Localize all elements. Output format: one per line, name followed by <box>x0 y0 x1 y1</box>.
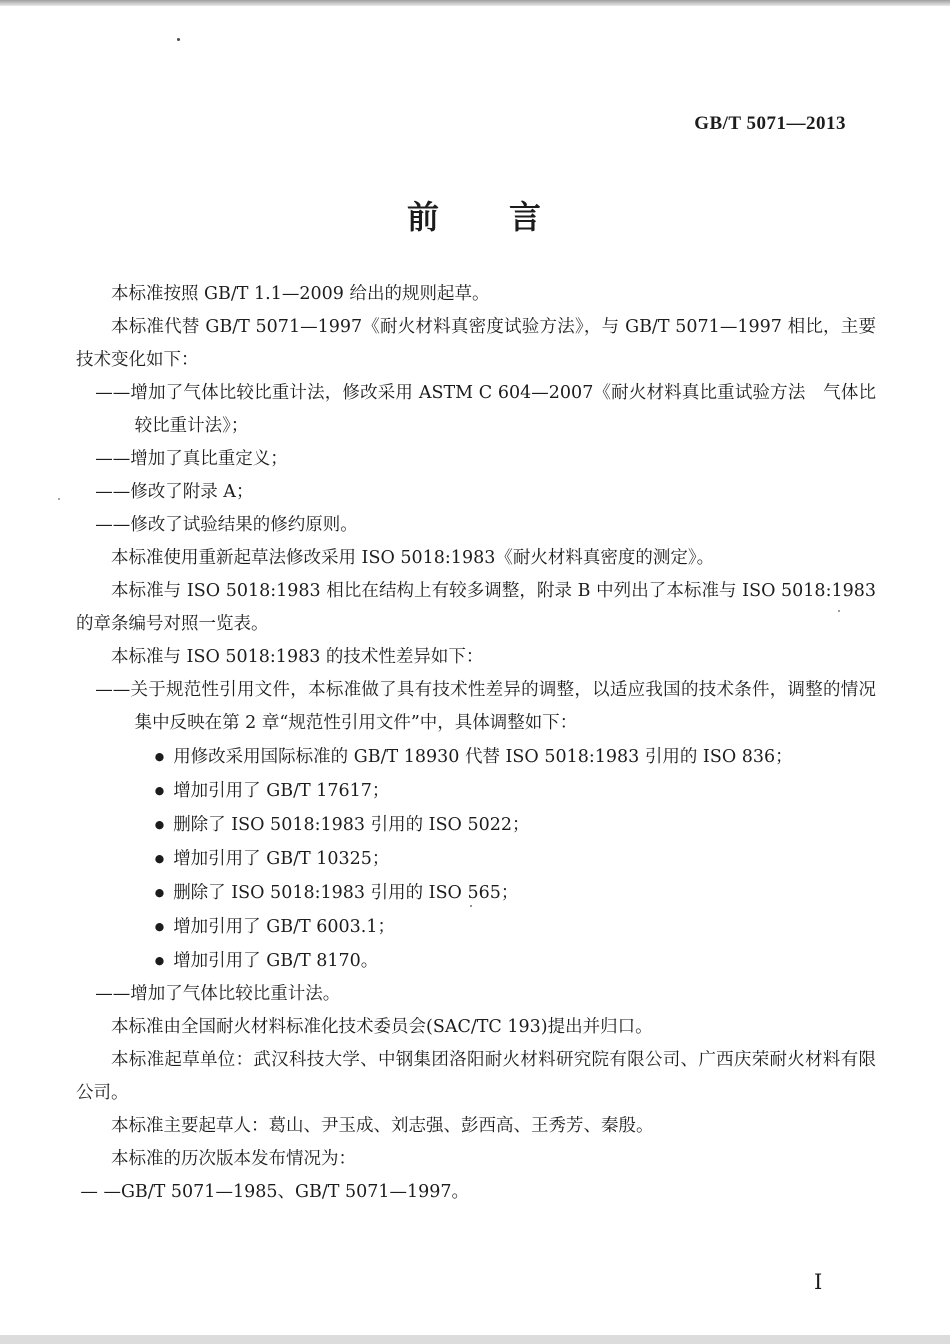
bullet-text: 用修改采用国际标准的 GB/T 18930 代替 ISO 5018:1983 引… <box>173 747 792 767</box>
paragraph: 本标准起草单位：武汉科技大学、中钢集团洛阳耐火材料研究院有限公司、广西庆荣耐火材… <box>76 1044 876 1110</box>
dash-item: ——修改了附录 A； <box>76 476 876 509</box>
bullet-item: ●删除了 ISO 5018:1983 引用的 ISO 5022； <box>76 808 876 842</box>
page-title: 前 言 <box>0 192 950 238</box>
bullet-icon: ● <box>155 876 173 909</box>
scan-edge-bottom <box>0 1335 950 1344</box>
bullet-item: ●增加引用了 GB/T 6003.1； <box>76 910 876 944</box>
bullet-icon: ● <box>155 944 173 977</box>
paragraph: 本标准的历次版本发布情况为： <box>76 1143 876 1176</box>
bullet-icon: ● <box>155 740 173 773</box>
paragraph: 本标准代替 GB/T 5071—1997《耐火材料真密度试验方法》，与 GB/T… <box>76 311 876 377</box>
page-number: I <box>814 1270 822 1294</box>
bullet-item: ●用修改采用国际标准的 GB/T 18930 代替 ISO 5018:1983 … <box>76 740 876 774</box>
dash-item: ——增加了气体比较比重计法，修改采用 ASTM C 604—2007《耐火材料真… <box>76 377 876 443</box>
document-body: 本标准按照 GB/T 1.1—2009 给出的规则起草。本标准代替 GB/T 5… <box>76 278 876 1209</box>
bullet-text: 增加引用了 GB/T 17617； <box>173 781 389 801</box>
bullet-text: 增加引用了 GB/T 10325； <box>173 849 389 869</box>
bullet-text: 增加引用了 GB/T 6003.1； <box>173 917 395 937</box>
paragraph: 本标准与 ISO 5018:1983 相比在结构上有较多调整，附录 B 中列出了… <box>76 575 876 641</box>
bullet-item: ●增加引用了 GB/T 10325； <box>76 842 876 876</box>
dash-item: ——关于规范性引用文件，本标准做了具有技术性差异的调整，以适应我国的技术条件，调… <box>76 674 876 740</box>
dash-item: ——增加了真比重定义； <box>76 443 876 476</box>
scan-artifact-dot <box>177 38 180 41</box>
paragraph: 本标准按照 GB/T 1.1—2009 给出的规则起草。 <box>76 278 876 311</box>
bullet-item: ●增加引用了 GB/T 8170。 <box>76 944 876 978</box>
paragraph: 本标准与 ISO 5018:1983 的技术性差异如下： <box>76 641 876 674</box>
bullet-text: 增加引用了 GB/T 8170。 <box>173 951 378 971</box>
paragraph: 本标准主要起草人：葛山、尹玉成、刘志强、彭西高、王秀芳、秦殷。 <box>76 1110 876 1143</box>
bullet-text: 删除了 ISO 5018:1983 引用的 ISO 565； <box>173 883 518 903</box>
bullet-item: ●增加引用了 GB/T 17617； <box>76 774 876 808</box>
scan-edge-top <box>0 0 950 6</box>
bullet-icon: ● <box>155 774 173 807</box>
paragraph: 本标准使用重新起草法修改采用 ISO 5018:1983《耐火材料真密度的测定》… <box>76 542 876 575</box>
dash-item: ——增加了气体比较比重计法。 <box>76 978 876 1011</box>
scan-artifact-dot <box>58 498 60 500</box>
bullet-icon: ● <box>155 910 173 943</box>
bullet-icon: ● <box>155 808 173 841</box>
paragraph: 本标准由全国耐火材料标准化技术委员会(SAC/TC 193)提出并归口。 <box>76 1011 876 1044</box>
bullet-icon: ● <box>155 842 173 875</box>
bullet-text: 删除了 ISO 5018:1983 引用的 ISO 5022； <box>173 815 529 835</box>
history-item: — —GB/T 5071—1985、GB/T 5071—1997。 <box>76 1176 876 1209</box>
bullet-item: ●删除了 ISO 5018:1983 引用的 ISO 565； <box>76 876 876 910</box>
standard-number: GB/T 5071—2013 <box>694 113 846 135</box>
dash-item: ——修改了试验结果的修约原则。 <box>76 509 876 542</box>
